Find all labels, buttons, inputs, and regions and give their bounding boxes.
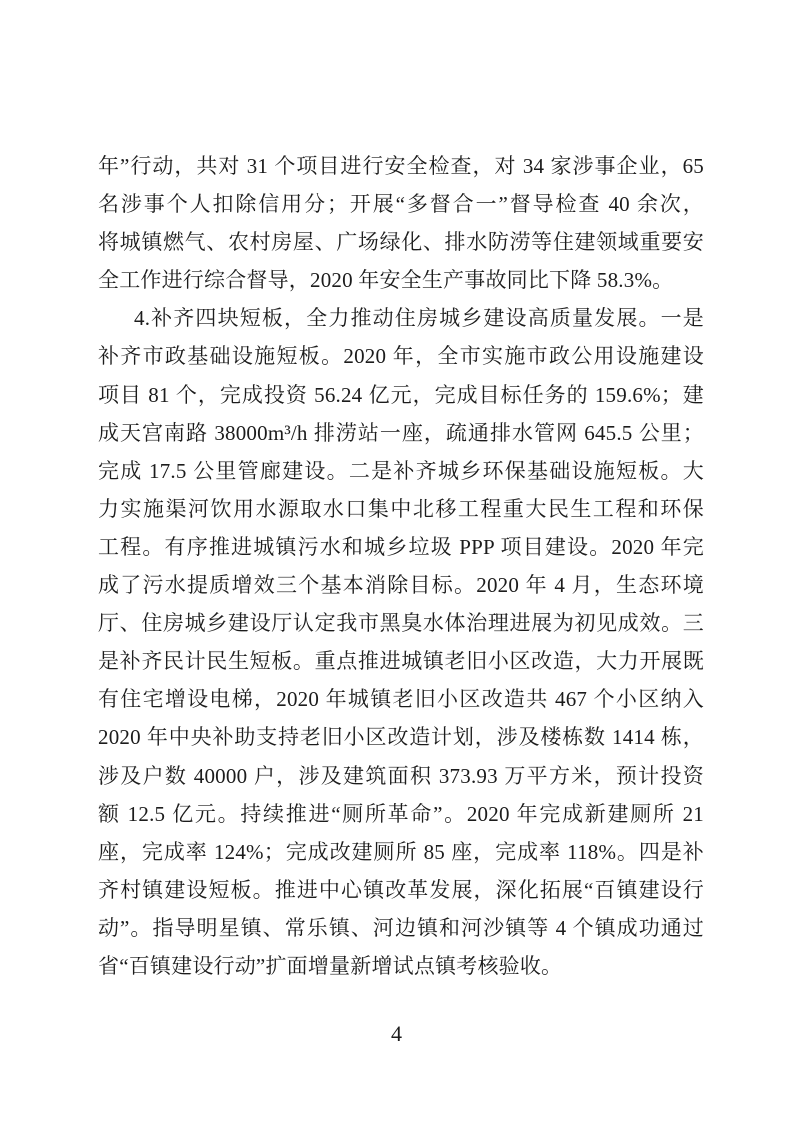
- text-line: 齐村镇建设短板。推进中心镇改革发展，深化拓展“百镇建设行: [98, 871, 704, 909]
- document-page: 年”行动，共对 31 个项目进行安全检查，对 34 家涉事企业，65 名涉事个人…: [0, 0, 793, 1122]
- paragraph-four-shortboards: 4.补齐四块短板，全力推动住房城乡建设高质量发展。一是 补齐市政基础设施短板。2…: [98, 299, 704, 985]
- text-line: 省“百镇建设行动”扩面增量新增试点镇考核验收。: [98, 947, 704, 985]
- paragraph-safety-inspections: 年”行动，共对 31 个项目进行安全检查，对 34 家涉事企业，65 名涉事个人…: [98, 147, 704, 299]
- text-line: 完成 17.5 公里管廊建设。二是补齐城乡环保基础设施短板。大: [98, 452, 704, 490]
- text-line: 动”。指导明星镇、常乐镇、河边镇和河沙镇等 4 个镇成功通过: [98, 909, 704, 947]
- text-line: 成了污水提质增效三个基本消除目标。2020 年 4 月，生态环境: [98, 566, 704, 604]
- text-line: 是补齐民计民生短板。重点推进城镇老旧小区改造，大力开展既: [98, 642, 704, 680]
- text-line: 4.补齐四块短板，全力推动住房城乡建设高质量发展。一是: [98, 299, 704, 337]
- text-line: 成天宫南路 38000m³/h 排涝站一座，疏通排水管网 645.5 公里；: [98, 414, 704, 452]
- text-line: 厅、住房城乡建设厅认定我市黑臭水体治理进展为初见成效。三: [98, 604, 704, 642]
- text-line: 年”行动，共对 31 个项目进行安全检查，对 34 家涉事企业，65: [98, 147, 704, 185]
- text-line: 座，完成率 124%；完成改建厕所 85 座，完成率 118%。四是补: [98, 833, 704, 871]
- text-line: 名涉事个人扣除信用分；开展“多督合一”督导检查 40 余次，: [98, 185, 704, 223]
- text-line: 项目 81 个，完成投资 56.24 亿元，完成目标任务的 159.6%；建: [98, 376, 704, 414]
- text-line: 力实施渠河饮用水源取水口集中北移工程重大民生工程和环保: [98, 490, 704, 528]
- text-line: 工程。有序推进城镇污水和城乡垃圾 PPP 项目建设。2020 年完: [98, 528, 704, 566]
- page-number: 4: [0, 1021, 793, 1047]
- document-body-text: 年”行动，共对 31 个项目进行安全检查，对 34 家涉事企业，65 名涉事个人…: [98, 147, 704, 985]
- text-line: 全工作进行综合督导，2020 年安全生产事故同比下降 58.3%。: [98, 261, 704, 299]
- text-line: 2020 年中央补助支持老旧小区改造计划，涉及楼栋数 1414 栋，: [98, 718, 704, 756]
- text-line: 补齐市政基础设施短板。2020 年，全市实施市政公用设施建设: [98, 337, 704, 375]
- text-line: 有住宅增设电梯，2020 年城镇老旧小区改造共 467 个小区纳入: [98, 680, 704, 718]
- text-line: 额 12.5 亿元。持续推进“厕所革命”。2020 年完成新建厕所 21: [98, 795, 704, 833]
- text-line: 涉及户数 40000 户，涉及建筑面积 373.93 万平方米，预计投资: [98, 757, 704, 795]
- text-line: 将城镇燃气、农村房屋、广场绿化、排水防涝等住建领域重要安: [98, 223, 704, 261]
